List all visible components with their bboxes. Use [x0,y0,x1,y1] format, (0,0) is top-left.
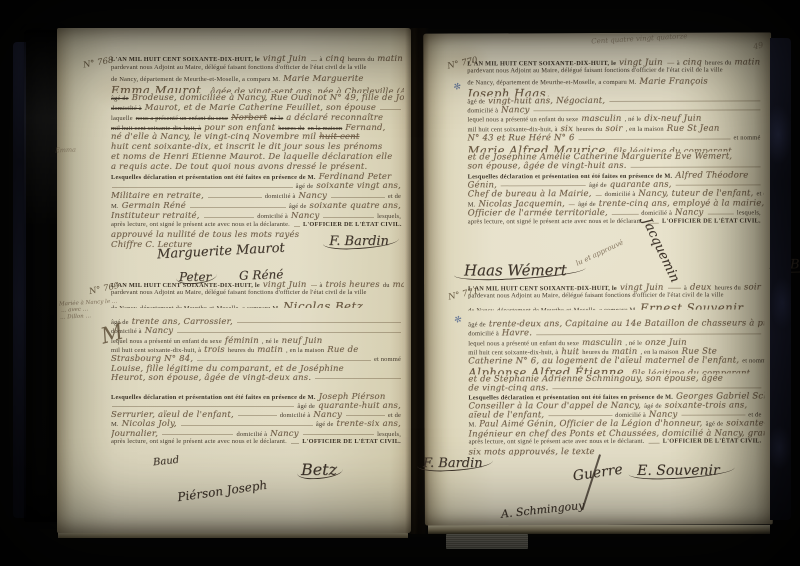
act-line: et de Stéphanie Adrienne Schmingouy, son… [468,373,764,383]
printed-form-text: et nommé [733,135,760,142]
printed-form-text: pardevant nous Adjoint au Maire, délégué… [467,67,723,75]
printed-form-text: domicilié à [280,412,311,419]
printed-form-text: à [320,56,323,63]
handwritten-text: Instituteur retraité, [111,211,200,221]
act-line: et de Joséphine Amélie Catherine Marguer… [468,151,764,161]
printed-form-text: et de [757,191,764,198]
handwritten-text: Fernand, [345,123,385,133]
printed-form-text: lequel nous a présenté un enfant du sexe [111,338,222,345]
handwritten-text: soir [606,124,623,134]
ruled-blank [204,216,255,218]
printed-form-text: domicilié à [641,210,672,217]
handwritten-text: trois [204,345,225,354]
handwritten-text: et noms de Henri Étienne Maurot. De laqu… [111,152,392,162]
printed-form-text: âgé de [289,203,307,210]
act-line: Louise, fille légitime du comparant, et … [111,364,404,373]
printed-form-text: de Nancy, département de Meurthe-et-Mose… [467,79,636,87]
signature: G Réné [239,267,284,283]
act-line: domicilié àMaurot, et de Marie Catherine… [111,103,404,113]
act-line: âgé dequarante-huit ans, [111,401,404,410]
printed-form-text: du [383,282,390,289]
act-line: M.Germain Rénéâgé desoixante quatre ans, [111,201,404,211]
handwritten-text: Marie Marguerite [283,74,364,84]
printed-form-text: après lecture, ont signé le présent acte… [469,437,645,445]
handwritten-text: Heurot, son épouse, âgée de vingt-deux a… [111,373,311,382]
printed-form-text: domicilié à [111,105,142,112]
handwritten-text: Strasbourg N° 84, [111,354,193,363]
handwritten-text: trente-deux ans, Capitaine au 14e Batail… [489,319,764,329]
act-line: Conseiller à la Cour d'appel de Nancy,âg… [468,401,764,411]
printed-form-text: âgé de [468,322,486,329]
printed-form-text: laquelle [111,115,133,122]
marginal-note: … Dillon … [60,313,91,321]
ruled-blank [181,424,313,426]
handwritten-text: soir [744,282,761,292]
printed-form-text: après lecture, ont signé le présent acte… [111,221,290,228]
act-line: pardevant nous Adjoint au Maire, délégué… [111,64,404,74]
ruled-blank [197,359,371,361]
handwritten-text: matin [377,54,403,64]
left-page: L'AN MIL HUIT CENT SOIXANTE-DIX-HUIT, le… [57,28,411,533]
printed-form-text: pardevant nous Adjoint au Maire, délégué… [111,289,367,296]
act-line: six mots approuvés, le texte [469,446,765,456]
ruled-blank [667,62,674,64]
handwritten-text: trente ans, Carrossier, [132,317,233,326]
act-line: après lecture, ont signé le présent acte… [111,438,404,447]
act-line: domicilié àNancy [111,326,404,335]
act-line: de Nancy, département de Meurthe-et-Mose… [111,299,404,308]
ruled-blank [708,212,734,214]
printed-form-text: M. [468,422,476,429]
act-line: lequel nous a présenté un enfant du sexe… [111,336,404,345]
handwritten-text: et de Joséphine Amélie Catherine Marguer… [468,151,733,161]
act-line: Lesquelles déclaration et présentation o… [468,170,764,180]
handwritten-text: Nicolas Betz [283,299,363,308]
printed-form-text: domicilié à [236,431,267,438]
handwritten-text: Joseph Haas, [467,86,550,96]
handwritten-text: pour son enfant [204,123,275,133]
ruled-blank [323,216,374,218]
handwritten-text: Rue de [327,345,358,354]
acte-769: L'AN MIL HUIT CENT SOIXANTE-DIX-HUIT, le… [111,280,404,447]
act-line: Emma Maurot, âgée de vingt-sept ans, née… [111,83,404,93]
ruled-blank [162,433,233,435]
handwritten-text: huit [561,347,579,356]
ruled-blank [501,185,586,187]
printed-form-text: L'OFFICIER DE L'ÉTAT CIVIL. [303,221,402,228]
handwritten-text: Louise, fille légitime du comparant, et … [111,364,344,373]
handwritten-text: vingt Juin [620,283,664,293]
act-line: mil huit cent soixante-dix-huit, àpour s… [111,123,404,133]
signature: F. Bardin [423,456,483,471]
ruled-blank [303,433,374,435]
ruled-blank [380,108,401,110]
ruled-blank [596,194,602,196]
book-cover-edge-right [770,38,791,520]
signature: Betz [301,460,337,479]
printed-form-text: M. [468,201,476,208]
printed-form-text: et de [748,412,761,419]
handwritten-text: Ferdinand Peter [319,172,392,182]
ruled-blank [612,212,638,214]
handwritten-text: trente-six ans, [337,419,401,428]
ruled-blank [311,59,317,61]
printed-form-text: âgé de [296,183,314,190]
ruled-blank [112,405,294,407]
printed-form-text: L'OFFICIER DE L'ÉTAT CIVIL. [662,217,761,224]
handwritten-text: Officier de l'armée territoriale, [468,208,608,218]
handwritten-text: vingt-huit ans, Négociant, [488,96,605,106]
handwritten-text: son épouse, âgée de vingt-huit ans. [468,161,627,171]
printed-form-text: après lecture, ont signé le présent acte… [111,438,287,445]
handwritten-text: aïeul de l'enfant, [468,411,544,420]
printed-form-text: âgé de [111,95,129,102]
printed-form-text: M. [111,203,119,210]
ruled-blank [237,321,401,323]
act-line: et noms de Henri Étienne Maurot. De laqu… [111,152,404,162]
handwritten-text: onze Juin [645,337,687,347]
printed-form-text: Lesquelles déclaration et présentation o… [111,394,316,401]
act-line: après lecture, ont signé le présent acte… [468,217,764,227]
signature: Peter [179,270,211,284]
ruled-blank [291,442,299,444]
handwritten-text: et de Stéphanie Adrienne Schmingouy, son… [468,374,723,384]
blue-asterisk-icon: ✻ [452,81,461,93]
signature: Baud [152,455,179,469]
ruled-blank [534,109,761,112]
act-line: né d'elle à Nancy, le vingt-cinq Novembr… [111,132,404,142]
handwritten-text: Catherine N° 6, au logement de l'aïeul m… [468,355,739,365]
handwritten-text: Militaire en retraite, [111,191,204,201]
printed-form-text: âgé de [578,201,596,208]
handwritten-text: six [561,124,574,134]
act-line [111,382,404,391]
ruled-blank [569,203,575,205]
printed-form-text: heures du [228,347,254,354]
handwritten-text: Brodeuse, domiciliée à Nancy, Rue Oudino… [132,93,404,103]
printed-form-text: âgé de [706,421,724,428]
printed-form-text: né le [270,115,283,122]
printed-form-text: à [684,285,687,292]
handwritten-text: né d'elle à Nancy, le vingt-cinq Novembr… [111,132,316,142]
printed-form-text: lesquels, [737,210,761,217]
ruled-blank [536,332,761,335]
act-line: après lecture, ont signé le présent acte… [111,221,404,231]
printed-form-text: L'OFFICIER DE L'ÉTAT CIVIL. [302,438,401,445]
handwritten-text: Génin, [468,180,497,189]
handwritten-text: deux [690,283,712,293]
printed-form-text: et nommé [374,356,401,363]
handwritten-text: soixante quatre ans, [310,201,401,211]
printed-form-text: et nommé [742,357,764,364]
handwritten-text: Nancy [298,191,327,201]
act-line: Lesquelles déclaration et présentation o… [111,392,404,401]
signature: Guerre [572,462,624,485]
handwritten-text: Marie Alfred Maurice, [468,142,611,152]
ruled-blank [579,137,731,140]
act-line: de Nancy, département de Meurthe-et-Mose… [468,301,764,311]
printed-form-text: domicilié à [467,107,498,114]
handwritten-text: Chef de bureau à la Mairie, [468,189,592,199]
act-line: âgé detrente-deux ans, Capitaine au 14e … [468,319,764,329]
printed-form-text: mil huit cent soixante-dix-huit, à [111,347,201,354]
handwritten-text: huit cent soixante-dix, et inscrit le di… [111,142,382,152]
printed-form-text: heures du [278,125,304,132]
act-line: M.Nicolas Joly,âgé detrente-six ans, [111,419,404,428]
act-line: Journalier,domicilié àNancylesquels, [111,429,404,438]
marginal-note: Emma [55,146,76,155]
handwritten-text: vingt Juin [619,58,663,68]
marginal-note: 49 [752,40,764,51]
printed-form-text: M. [111,421,119,428]
handwritten-text: Nancy [270,429,299,438]
printed-form-text: pardevant nous Adjoint au Maire, délégué… [468,292,724,300]
printed-form-text: heures du [348,56,374,63]
printed-form-text: , en la maison [640,348,678,355]
act-line: âgé detrente ans, Carrossier, [111,317,404,326]
printed-form-text: domicilié à [265,193,296,200]
printed-form-text: L'OFFICIER DE L'ÉTAT CIVIL. [663,437,762,444]
printed-form-text: lesquels, [377,213,401,220]
handwritten-text: approuvé la nullité de tous les mots ray… [111,230,299,240]
handwritten-text: Ernest Souvenir, [640,301,746,311]
act-line: mil huit cent soixante-dix-huit, àtroish… [111,345,404,354]
printed-form-text: âgé de [297,403,315,410]
marginal-note: lu et approuvé [575,238,625,267]
handwritten-text: Alfred Théodore [675,170,748,180]
ruled-blank [648,441,659,443]
printed-form-text: pardevant nous Adjoint au Maire, délégué… [111,64,367,71]
ruled-blank [676,184,761,186]
act-line: Serrurier, aïeul de l'enfant,domicilié à… [111,410,404,419]
handwritten-text: Nancy [675,208,704,218]
printed-form-text: de Nancy, département de Meurthe-et-Mose… [111,305,280,308]
right-page: L'AN MIL HUIT CENT SOIXANTE-DIX-HUIT, le… [423,32,773,525]
handwritten-text: Joseph Piérson [319,392,386,401]
act-line: mil huit cent soixante-dix-huit, àsixheu… [467,123,763,133]
act-line: Strasbourg N° 84,et nommé [111,354,404,363]
printed-form-text: domicilié à [605,191,636,198]
handwritten-text: Conseiller à la Cour d'appel de Nancy, [468,401,641,411]
handwritten-text: trois heures [326,280,380,289]
printed-form-text: heures du [576,126,602,133]
signature: F. Bardin [329,234,389,249]
ruled-blank [315,377,401,379]
ruled-blank [631,165,761,167]
handwritten-text: Serrurier, aïeul de l'enfant, [111,410,234,419]
page-stack-edge [24,30,58,522]
ruled-blank [238,414,277,416]
printed-form-text: à [320,282,323,289]
act-line: a requis acte. De tout quoi nous avons d… [111,162,404,172]
printed-form-text: à [677,60,680,67]
act-line: laquellenous a présenté un enfant du sex… [111,113,404,123]
act-line: âgé desoixante vingt ans, [111,181,404,191]
printed-form-text: , né le [625,116,642,123]
handwritten-text: Nancy [291,211,320,221]
printed-form-text: de Nancy, département de Meurthe-et-Mose… [111,76,280,83]
handwritten-text: Emma Maurot [111,83,201,93]
printed-form-text: nous a présenté un enfant du sexe [136,115,228,122]
handwritten-text: matin [734,57,760,67]
ruled-blank [208,196,262,198]
act-line: pardevant nous Adjoint au Maire, délégué… [111,289,404,298]
act-line: huit cent soixante-dix, et inscrit le di… [111,142,404,152]
ruled-blank [331,196,385,198]
printed-form-text: domicilié à [615,412,646,419]
handwritten-text: vingt Juin [263,54,307,64]
act-line [111,308,404,317]
printed-form-text: mil huit cent soixante-dix-huit, à [111,125,201,132]
handwritten-text: Havre. [502,329,532,338]
signature: Haas Wémert [464,261,567,279]
printed-form-text: âgé de [644,403,662,410]
act-line: Ingénieur en chef des Ponts et Chaussées… [469,428,765,438]
act-line: L'AN MIL HUIT CENT SOIXANTE-DIX-HUIT, le… [111,54,404,64]
printed-form-text: heures du [715,285,741,292]
signature: E. Souvenir [637,463,720,479]
printed-form-text: , en la maison [626,126,664,133]
printed-form-text: mil huit cent soixante-dix-huit, à [467,126,557,133]
act-line: M.Nicolas Jacquemin,âgé detrente-cinq an… [468,198,764,208]
signature: A. Schmingouy [500,499,585,521]
ruled-blank [177,331,401,333]
printed-form-text: L'AN MIL HUIT CENT SOIXANTE-DIX-HUIT, le [467,60,616,68]
handwritten-text: N° 43 et Rue Héré N° 6 [467,133,574,143]
act-line: Lesquelles déclaration et présentation o… [111,172,404,182]
blue-asterisk-icon: ✻ [453,314,462,326]
printed-form-text: âgé de [467,98,485,105]
printed-form-text: , né le [262,338,279,345]
handwritten-text: féminin [225,336,259,345]
acte-770: L'AN MIL HUIT CENT SOIXANTE-DIX-HUIT, le… [467,57,764,227]
ruled-blank [112,186,293,188]
handwritten-text: de vingt-cinq ans. [468,383,548,392]
ruled-blank [668,287,681,289]
ruled-blank [346,414,385,416]
printed-form-text: âgé de [589,182,607,189]
ruled-blank [548,414,612,416]
handwritten-text: Norbert [231,113,267,123]
register-photo: L'AN MIL HUIT CENT SOIXANTE-DIX-HUIT, le… [0,0,800,566]
ruled-blank [681,414,745,416]
acte-771: L'AN MIL HUIT CENT SOIXANTE-DIX-HUIT, le… [468,282,765,456]
handwritten-text: matin [257,345,283,354]
printed-form-text: domicilié à [257,213,288,220]
ruled-blank [190,206,286,208]
marginal-note: Cent quatre vingt quatorze [591,32,688,45]
printed-form-text: L'AN MIL HUIT CENT SOIXANTE-DIX-HUIT, le [111,56,260,63]
printed-form-text: heures du [705,60,731,67]
ruled-blank [609,99,760,102]
marginal-note: Mariée à Nancy le … [59,298,118,307]
handwritten-text: Nicolas Jacquemin, [478,199,565,209]
handwritten-text: soixante vingt ans, [316,181,401,191]
handwritten-text: a requis acte. De tout quoi nous avons d… [111,162,367,172]
act-line: âgé deBrodeuse, domiciliée à Nancy, Rue … [111,93,404,103]
handwritten-text: quarante-huit ans, [318,401,401,410]
printed-form-text: et de [388,193,401,200]
act-line: Instituteur retraité,domicilié àNancyles… [111,211,404,221]
handwritten-text: Nancy, grand oncle de l'enfant, lesquels… [714,428,764,438]
act-line: de Nancy, département de Meurthe-et-Mose… [111,74,404,84]
handwritten-text: Maurot, et de Marie Catherine Feuillet, … [145,103,376,113]
handwritten-text: cinq [683,58,702,68]
ruled-blank [311,284,317,286]
handwritten-text: Nancy [501,105,530,115]
handwritten-text: Germain Réné [122,201,186,211]
ruled-blank [553,387,762,390]
handwritten-text: Nancy [313,410,342,419]
printed-form-text: domicilié à [468,331,499,338]
handwritten-text: neuf Juin [282,336,323,345]
handwritten-text: Journalier, [111,429,158,438]
printed-form-text: Lesquelles déclaration et présentation o… [111,174,316,181]
handwritten-text: cinq [326,54,345,64]
printed-form-text: heures du [582,349,608,356]
handwritten-text: a déclaré reconnaître [286,113,383,123]
acte-768: L'AN MIL HUIT CENT SOIXANTE-DIX-HUIT, le… [111,54,404,250]
right-page-bottom-edge [428,525,770,534]
printed-form-text: , en la maison [286,347,324,354]
printed-form-text: âgé de [316,421,334,428]
printed-form-text: et de [388,412,401,419]
handwritten-text: Ingénieur en chef des Ponts et Chaussées… [469,428,712,438]
printed-form-text: lequel nous a présenté un enfant du sexe [467,116,578,123]
printed-form-text: , né le [625,339,642,346]
printed-form-text: en la maison [308,125,343,132]
handwritten-text: Nancy [145,326,174,335]
handwritten-text: matin [393,280,404,289]
act-line: Catherine N° 6, au logement de l'aïeul m… [468,355,764,365]
handwritten-text: huit cent [319,132,359,142]
act-line: Militaire en retraite,domicilié àNancyet… [111,191,404,201]
signature: Piérson Joseph [176,478,267,504]
binding-cloth [446,534,528,549]
handwritten-text: six mots approuvés, le texte [469,447,595,457]
act-line: Heurot, son épouse, âgée de vingt-deux a… [111,373,404,382]
handwritten-text: Nicolas Joly, [122,419,177,428]
handwritten-text: Marie François [639,76,708,86]
printed-form-text: lesquels, [377,431,401,438]
printed-form-text: de Nancy, département de Meurthe-et-Mose… [468,307,637,311]
ruled-blank [294,225,300,227]
printed-form-text: après lecture, ont signé le présent acte… [468,217,644,225]
handwritten-text: Rue St Jean [667,123,720,133]
act-number: N° 768 [82,55,114,70]
